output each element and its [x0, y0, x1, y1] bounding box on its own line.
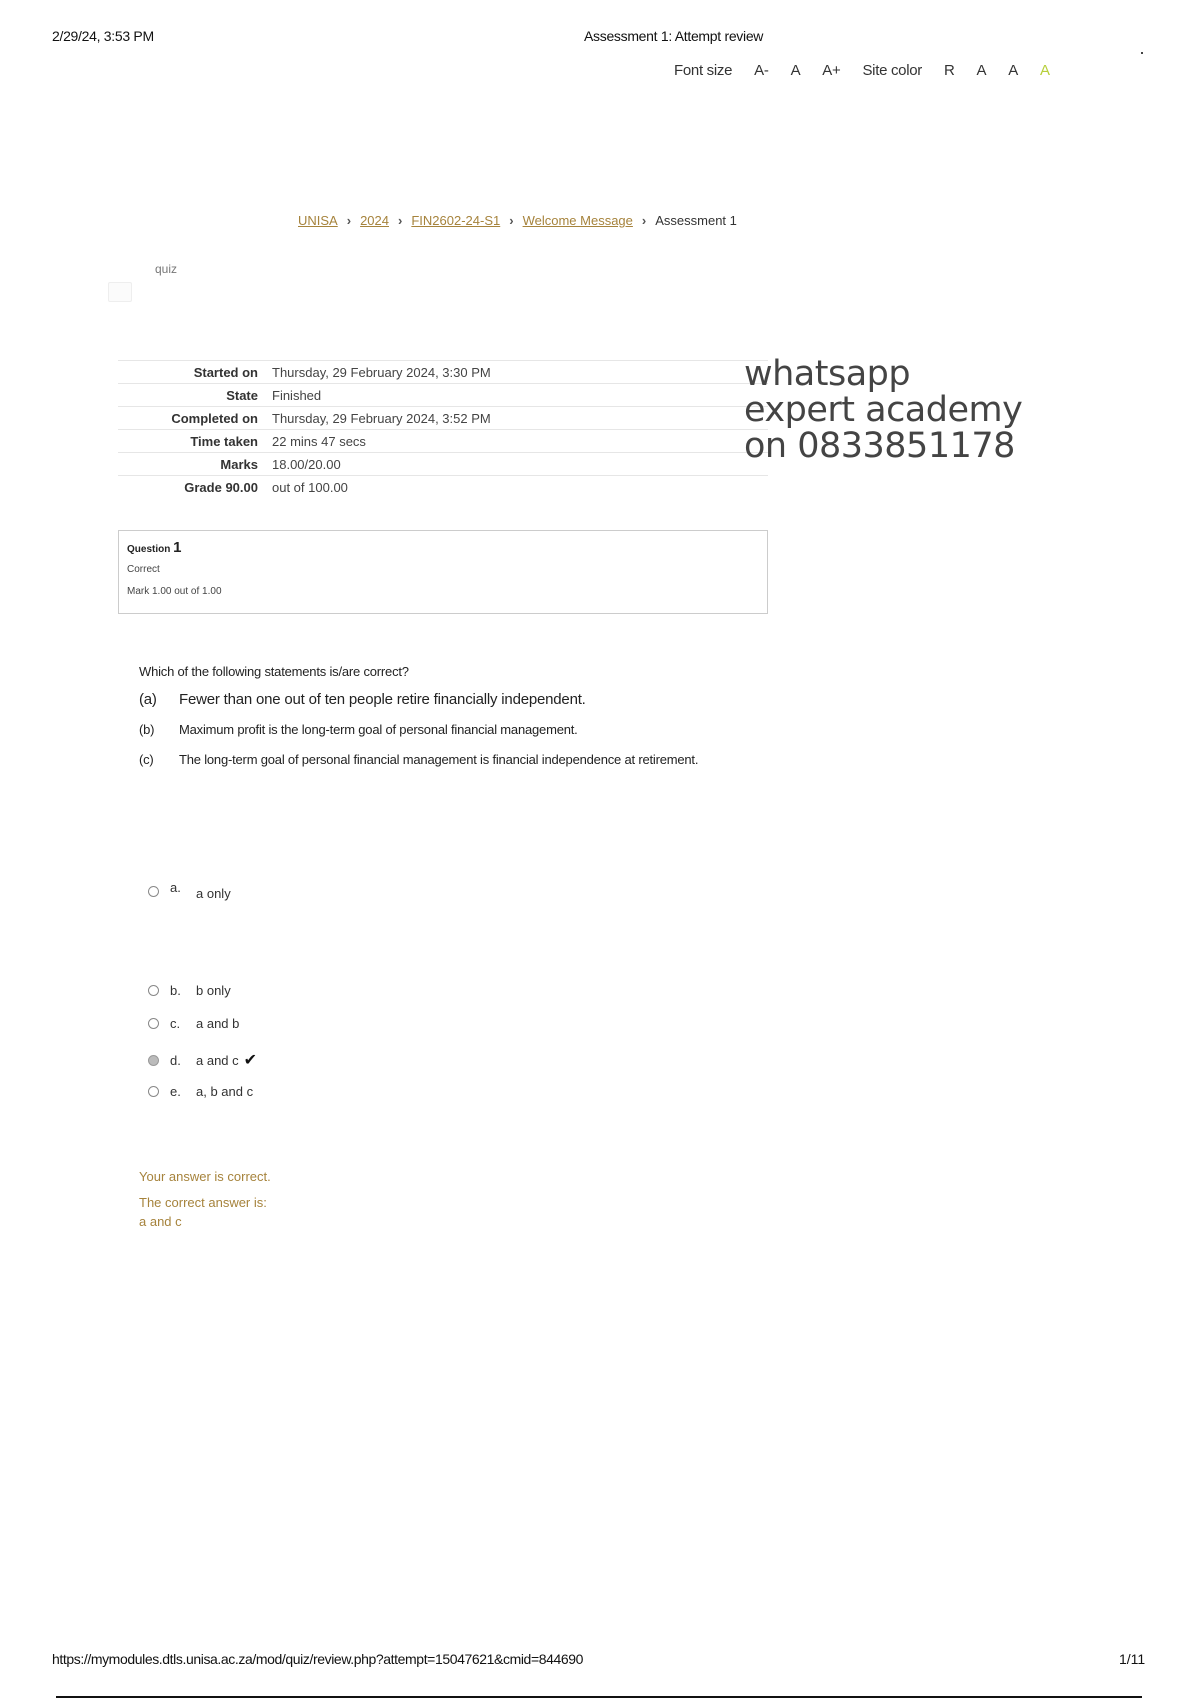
- right-answer: a and c: [139, 1214, 271, 1229]
- option-letter: b.: [170, 983, 196, 998]
- option-text: a, b and c: [196, 1084, 253, 1099]
- chevron-right-icon: ›: [642, 213, 646, 228]
- radio-button[interactable]: [148, 985, 159, 996]
- print-page-title: Assessment 1: Attempt review: [584, 28, 763, 44]
- question-text: Which of the following statements is/are…: [139, 664, 739, 783]
- statement-text: Fewer than one out of ten people retire …: [179, 691, 586, 708]
- answer-option-d[interactable]: d. a and c ✔: [148, 1050, 257, 1070]
- summary-label: Marks: [118, 453, 266, 476]
- statement-label: (b): [139, 722, 179, 737]
- chevron-right-icon: ›: [347, 213, 351, 228]
- footer-divider: [56, 1696, 1142, 1698]
- answer-option-b[interactable]: b. b only: [148, 983, 231, 998]
- site-color-option-1[interactable]: A: [977, 62, 987, 79]
- statement-a: (a)Fewer than one out of ten people reti…: [139, 691, 739, 708]
- statement-b: (b)Maximum profit is the long-term goal …: [139, 722, 739, 737]
- statement-text: The long-term goal of personal financial…: [179, 752, 698, 767]
- radio-button[interactable]: [148, 1018, 159, 1029]
- summary-row-grade: Grade 90.00 out of 100.00: [118, 476, 768, 499]
- summary-value: 22 mins 47 secs: [266, 430, 768, 453]
- question-mark: Mark 1.00 out of 1.00: [127, 586, 759, 597]
- summary-label: Started on: [118, 361, 266, 384]
- summary-value: Thursday, 29 February 2024, 3:30 PM: [266, 361, 768, 384]
- summary-label: State: [118, 384, 266, 407]
- check-icon: ✔: [244, 1050, 257, 1070]
- option-letter: a.: [170, 880, 196, 895]
- option-letter: d.: [170, 1053, 196, 1068]
- watermark-text: whatsapp expert academy on 0833851178: [744, 356, 1022, 464]
- chevron-right-icon: ›: [398, 213, 402, 228]
- breadcrumb-unisa[interactable]: UNISA: [298, 213, 338, 228]
- accessibility-bar: Font size A- A A+ Site color R A A A: [674, 62, 1072, 79]
- statement-c: (c)The long-term goal of personal financ…: [139, 749, 739, 771]
- radio-button-selected[interactable]: [148, 1055, 159, 1066]
- right-answer-label: The correct answer is:: [139, 1195, 271, 1210]
- font-size-normal-button[interactable]: A: [791, 62, 801, 79]
- site-color-option-2[interactable]: A: [1008, 62, 1018, 79]
- activity-type-label: quiz: [155, 262, 177, 276]
- font-size-decrease-button[interactable]: A-: [754, 62, 768, 79]
- statement-text: Maximum profit is the long-term goal of …: [179, 722, 578, 737]
- attempt-summary-table: Started on Thursday, 29 February 2024, 3…: [118, 360, 768, 498]
- option-text: a only: [196, 886, 231, 901]
- print-page-number: 1/11: [1119, 1651, 1145, 1667]
- summary-value: Thursday, 29 February 2024, 3:52 PM: [266, 407, 768, 430]
- watermark-line: on 0833851178: [744, 428, 1022, 464]
- site-color-option-3[interactable]: A: [1040, 62, 1050, 79]
- watermark-line: whatsapp: [744, 356, 1022, 392]
- breadcrumb-welcome-message[interactable]: Welcome Message: [523, 213, 633, 228]
- summary-row-started: Started on Thursday, 29 February 2024, 3…: [118, 361, 768, 384]
- feedback-result: Your answer is correct.: [139, 1169, 271, 1184]
- summary-row-completed: Completed on Thursday, 29 February 2024,…: [118, 407, 768, 430]
- breadcrumb-current: Assessment 1: [655, 213, 737, 228]
- question-number: Question 1: [127, 539, 759, 556]
- question-number-value: 1: [173, 539, 181, 556]
- grade-value: 90.00: [225, 480, 258, 495]
- site-color-reset-button[interactable]: R: [944, 62, 955, 79]
- quiz-icon: [108, 282, 132, 302]
- grade-suffix: out of 100.00: [266, 476, 768, 499]
- question-number-label: Question: [127, 544, 170, 555]
- summary-row-marks: Marks 18.00/20.00: [118, 453, 768, 476]
- print-footer-url: https://mymodules.dtls.unisa.ac.za/mod/q…: [52, 1651, 583, 1667]
- question-feedback: Your answer is correct. The correct answ…: [139, 1169, 271, 1240]
- option-text: a and c: [196, 1053, 239, 1068]
- summary-label: Completed on: [118, 407, 266, 430]
- summary-row-time-taken: Time taken 22 mins 47 secs: [118, 430, 768, 453]
- question-state: Correct: [127, 564, 759, 575]
- font-size-label: Font size: [674, 62, 732, 79]
- print-date: 2/29/24, 3:53 PM: [52, 28, 154, 44]
- summary-label: Grade 90.00: [118, 476, 266, 499]
- watermark-line: expert academy: [744, 392, 1022, 428]
- summary-label: Time taken: [118, 430, 266, 453]
- option-letter: e.: [170, 1084, 196, 1099]
- statement-label: (c): [139, 749, 179, 771]
- decorative-dot: [1141, 52, 1143, 54]
- grade-label: Grade: [184, 480, 222, 495]
- radio-button[interactable]: [148, 886, 159, 897]
- summary-value: 18.00/20.00: [266, 453, 768, 476]
- statement-label: (a): [139, 691, 179, 708]
- breadcrumb-course[interactable]: FIN2602-24-S1: [411, 213, 500, 228]
- answer-option-e[interactable]: e. a, b and c: [148, 1084, 253, 1099]
- chevron-right-icon: ›: [509, 213, 513, 228]
- option-text: a and b: [196, 1016, 239, 1031]
- option-letter: c.: [170, 1016, 196, 1031]
- answer-option-c[interactable]: c. a and b: [148, 1016, 239, 1031]
- breadcrumb: UNISA › 2024 › FIN2602-24-S1 › Welcome M…: [298, 213, 737, 228]
- site-color-label: Site color: [862, 62, 922, 79]
- answer-option-a[interactable]: a. a only: [148, 884, 231, 899]
- question-prompt: Which of the following statements is/are…: [139, 664, 739, 679]
- summary-row-state: State Finished: [118, 384, 768, 407]
- breadcrumb-2024[interactable]: 2024: [360, 213, 389, 228]
- summary-value: Finished: [266, 384, 768, 407]
- font-size-increase-button[interactable]: A+: [822, 62, 840, 79]
- option-text: b only: [196, 983, 231, 998]
- radio-button[interactable]: [148, 1086, 159, 1097]
- question-info-box: Question 1 Correct Mark 1.00 out of 1.00: [118, 530, 768, 614]
